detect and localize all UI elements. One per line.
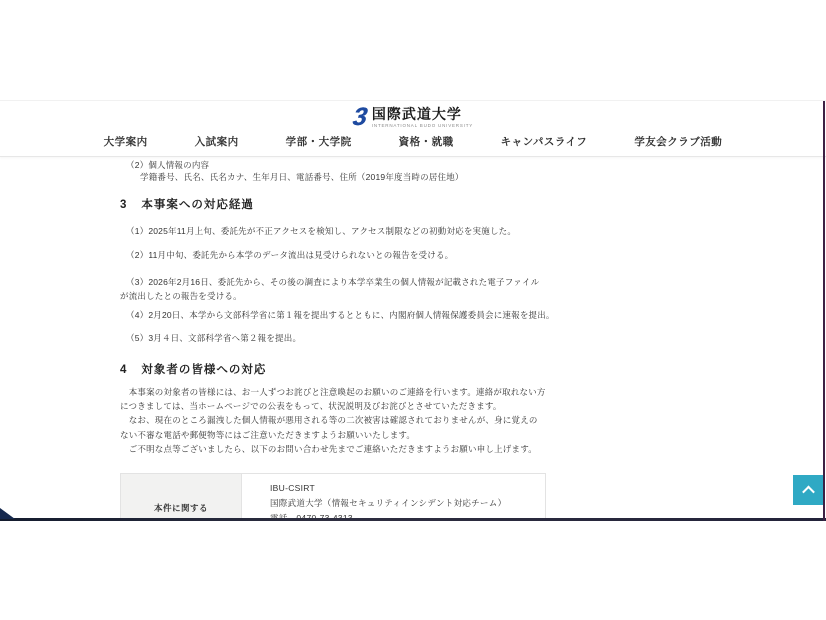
- section3-title: 本事案への対応経過: [141, 199, 254, 211]
- personal-info-title: （2）個人情報の内容: [126, 159, 209, 171]
- response-paragraph-3: ご不明な点等ございましたら、以下のお問い合わせ先までご連絡いただきますようお願い…: [120, 442, 546, 456]
- timeline-item-2: （2）11月中旬、委託先から本学のデータ流出は見受けられないとの報告を受ける。: [126, 249, 453, 261]
- university-name: 国際武道大学: [372, 107, 462, 122]
- contact-label-line1: 本件に関する: [154, 500, 208, 516]
- contact-table: 本件に関する お問い合わせ先 IBU-CSIRT 国際武道大学（情報セキュリティ…: [120, 473, 546, 521]
- section4-number: 4: [120, 364, 127, 376]
- main-nav: 大学案内 入試案内 学部・大学院 資格・就職 キャンパスライフ 学友会クラブ活動: [0, 134, 826, 149]
- university-logo-icon: 3: [352, 104, 369, 129]
- site-header: 3 国際武道大学 INTERNATIONAL BUDO UNIVERSITY 大…: [0, 101, 826, 157]
- personal-info-detail: 学籍番号、氏名、氏名カナ、生年月日、電話番号、住所（2019年度当時の居住地）: [140, 171, 464, 183]
- nav-item-daigaku-annai[interactable]: 大学案内: [104, 134, 148, 149]
- contact-org-name: 国際武道大学（情報セキュリティインシデント対応チーム）: [270, 496, 545, 511]
- window-bottom-edge: [0, 518, 826, 521]
- back-to-top-button[interactable]: [793, 475, 823, 505]
- nav-item-campus-life[interactable]: キャンパスライフ: [501, 134, 588, 149]
- contact-info-cell: IBU-CSIRT 国際武道大学（情報セキュリティインシデント対応チーム） 電話…: [242, 474, 545, 521]
- university-name-en: INTERNATIONAL BUDO UNIVERSITY: [372, 123, 473, 129]
- browser-page-capture: 3 国際武道大学 INTERNATIONAL BUDO UNIVERSITY 大…: [0, 100, 826, 521]
- university-logo-text: 国際武道大学 INTERNATIONAL BUDO UNIVERSITY: [372, 105, 473, 129]
- response-paragraph-1: 本事案の対象者の皆様には、お一人ずつお詫びと注意喚起のお願いのご連絡を行います。…: [120, 385, 546, 413]
- nav-item-gakuyukai-club[interactable]: 学友会クラブ活動: [634, 134, 722, 149]
- window-corner-shape: [0, 508, 15, 519]
- nav-item-nyushi-annai[interactable]: 入試案内: [195, 134, 239, 149]
- timeline-item-1: （1）2025年11月上旬、委託先が不正アクセスを検知し、アクセス制限などの初動…: [126, 225, 516, 237]
- contact-label-cell: 本件に関する お問い合わせ先: [121, 474, 242, 521]
- section4-heading: 4対象者の皆様への対応: [120, 364, 266, 376]
- window-right-edge: [823, 101, 825, 521]
- response-paragraphs: 本事案の対象者の皆様には、お一人ずつお詫びと注意喚起のお願いのご連絡を行います。…: [120, 385, 546, 456]
- nav-item-shikaku-shushoku[interactable]: 資格・就職: [399, 134, 454, 149]
- section3-number: 3: [120, 199, 127, 211]
- university-logo[interactable]: 3 国際武道大学 INTERNATIONAL BUDO UNIVERSITY: [0, 105, 826, 129]
- nav-item-gakubu-daigakuin[interactable]: 学部・大学院: [286, 134, 352, 149]
- timeline-item-4: （4）2月20日、本学から文部科学省に第１報を提出するとともに、内閣府個人情報保…: [126, 309, 555, 321]
- contact-team-name: IBU-CSIRT: [270, 481, 545, 496]
- timeline-item-5: （5）3月４日、文部科学省へ第２報を提出。: [126, 332, 301, 344]
- response-paragraph-2: なお、現在のところ漏洩した個人情報が悪用される等の二次被害は確認されておりません…: [120, 413, 546, 441]
- timeline-item-3: （3）2026年2月16日、委託先から、その後の調査により本学卒業生の個人情報が…: [120, 275, 546, 303]
- section4-title: 対象者の皆様への対応: [141, 364, 266, 376]
- section3-heading: 3本事案への対応経過: [120, 199, 254, 211]
- chevron-up-icon: [802, 485, 815, 498]
